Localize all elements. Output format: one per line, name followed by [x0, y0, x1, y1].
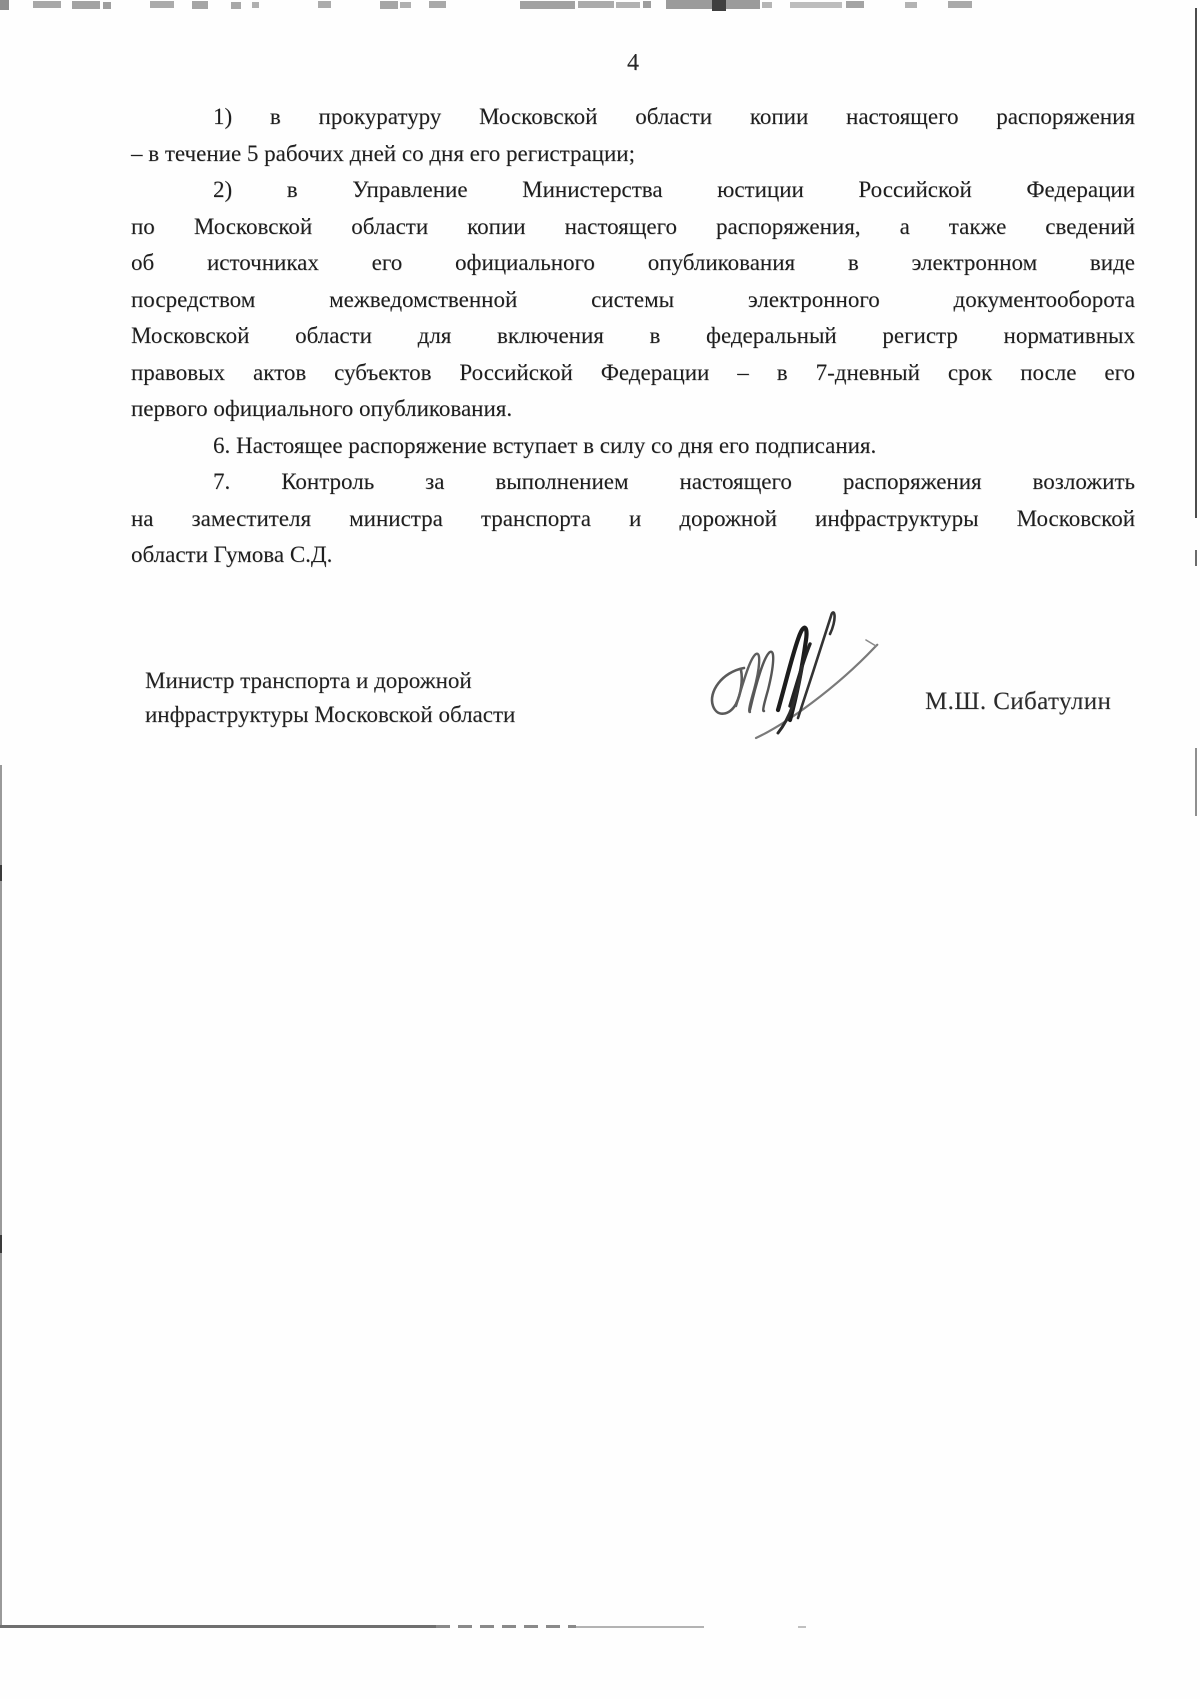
scan-artifact-top: [643, 1, 651, 8]
scan-edge-bottom: [576, 1626, 704, 1628]
scan-artifact-top: [790, 2, 842, 8]
page-number: 4: [131, 50, 1135, 77]
scan-artifact-top: [948, 1, 972, 8]
body-line: Московской области для включения в федер…: [131, 318, 1135, 355]
scan-edge-left: [0, 1235, 2, 1253]
scanned-document-page: 4 1) в прокуратуру Московской области ко…: [0, 0, 1200, 1699]
body-line: 1) в прокуратуру Московской области копи…: [131, 99, 1135, 136]
scan-artifact-top: [33, 1, 61, 8]
scan-artifact-top: [231, 2, 241, 9]
body-line: правовых актов субъектов Российской Феде…: [131, 355, 1135, 392]
body-line: – в течение 5 рабочих дней со дня его ре…: [131, 136, 1135, 173]
scan-artifact-top: [192, 1, 208, 9]
document-body: 1) в прокуратуру Московской области копи…: [131, 99, 1135, 574]
scan-artifact-top: [380, 1, 398, 9]
scan-artifact-top: [666, 0, 760, 9]
scan-edge-bottom: [436, 1625, 576, 1628]
scan-artifact-top: [72, 1, 100, 9]
scan-artifact-top: [578, 1, 614, 8]
body-line: по Московской области копии настоящего р…: [131, 209, 1135, 246]
scan-artifact-top: [103, 2, 111, 9]
scan-edge-bottom: [798, 1626, 806, 1628]
scan-artifact-top: [846, 1, 864, 8]
scan-artifact-top: [150, 1, 174, 8]
scan-edge-right: [1195, 550, 1197, 566]
scan-edge-right: [1195, 748, 1197, 816]
scan-edge-left: [0, 765, 2, 1627]
scan-artifact-top: [905, 2, 917, 8]
signer-title-line2: инфраструктуры Московской области: [145, 698, 515, 732]
scan-edge-bottom: [0, 1625, 436, 1628]
body-line: посредством межведомственной системы эле…: [131, 282, 1135, 319]
signer-name: М.Ш. Сибатулин: [925, 688, 1111, 716]
body-line: области Гумова С.Д.: [131, 537, 1135, 574]
scan-artifact-top: [520, 1, 575, 9]
scan-artifact-top: [712, 0, 726, 11]
body-line: первого официального опубликования.: [131, 391, 1135, 428]
scan-artifact-top: [318, 1, 331, 8]
scan-artifact-top: [400, 2, 411, 8]
signature-ink: [698, 606, 893, 746]
scan-artifact-top: [429, 1, 446, 8]
scan-artifact-top: [252, 2, 259, 8]
body-line: об источниках его официального опубликов…: [131, 245, 1135, 282]
body-line: на заместителя министра транспорта и дор…: [131, 501, 1135, 538]
body-line: 7. Контроль за выполнением настоящего ра…: [131, 464, 1135, 501]
scan-artifact-top: [762, 2, 772, 8]
scan-edge-right: [1195, 8, 1197, 518]
body-line: 2) в Управление Министерства юстиции Рос…: [131, 172, 1135, 209]
signer-title: Министр транспорта и дорожной инфраструк…: [145, 664, 515, 732]
signer-title-line1: Министр транспорта и дорожной: [145, 664, 515, 698]
body-line: 6. Настоящее распоряжение вступает в сил…: [131, 428, 1135, 465]
scan-edge-left: [0, 865, 2, 881]
scan-artifact-top: [616, 2, 640, 8]
scan-artifact-top: [0, 0, 9, 10]
